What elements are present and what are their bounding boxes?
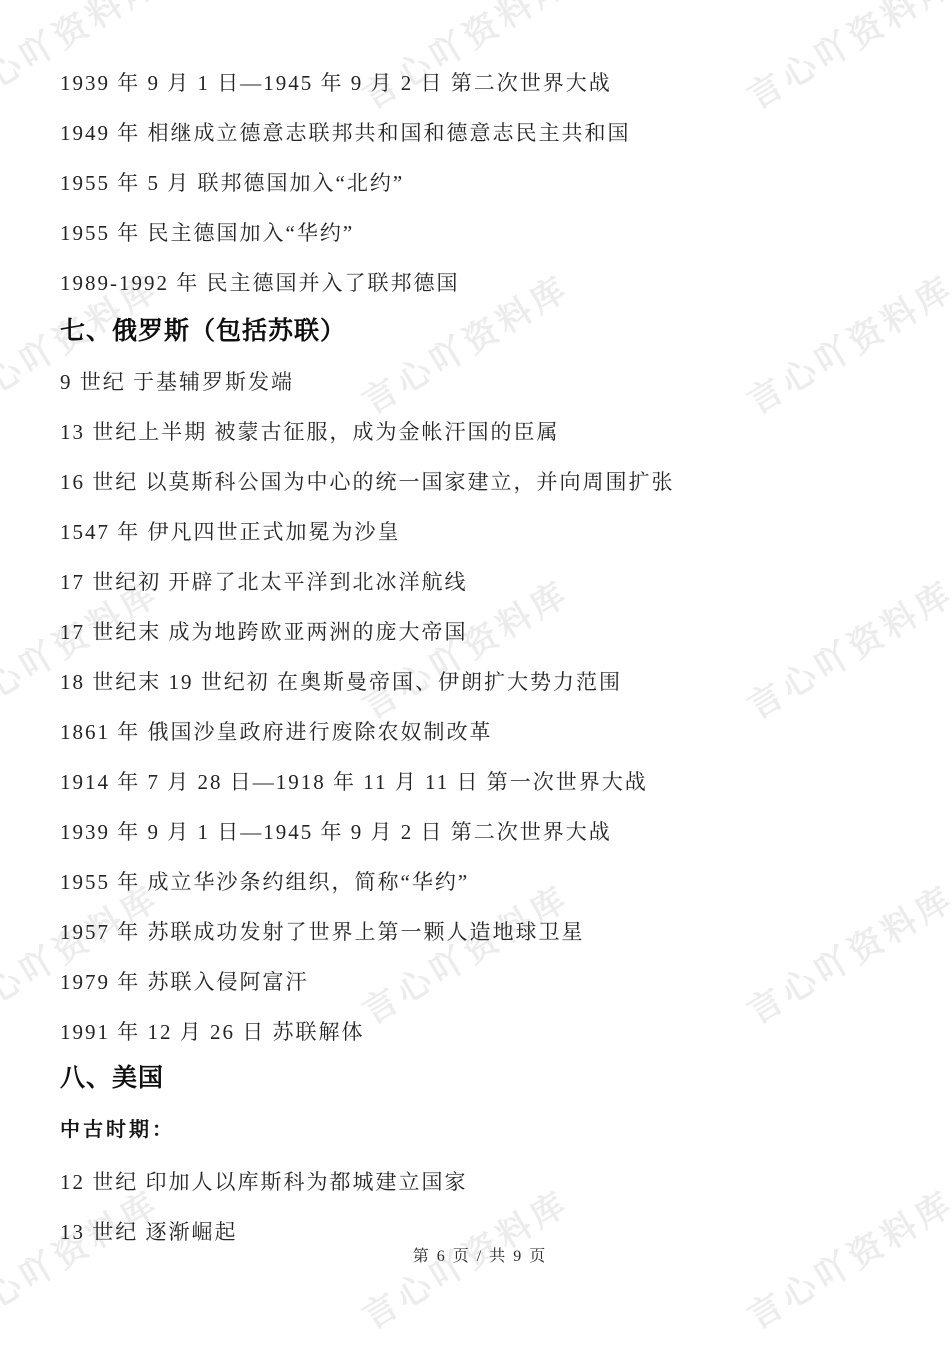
timeline-entry: 1955 年 民主德国加入“华约” — [60, 219, 354, 247]
timeline-entry: 1547 年 伊凡四世正式加冕为沙皇 — [60, 518, 401, 546]
timeline-entry: 16 世纪 以莫斯科公国为中心的统一国家建立，并向周围扩张 — [60, 468, 675, 496]
timeline-entry: 1955 年 5 月 联邦德国加入“北约” — [60, 169, 404, 197]
timeline-entry: 1955 年 成立华沙条约组织，简称“华约” — [60, 868, 469, 896]
timeline-entry: 17 世纪末 成为地跨欧亚两洲的庞大帝国 — [60, 618, 468, 646]
timeline-entry: 1861 年 俄国沙皇政府进行废除农奴制改革 — [60, 718, 493, 746]
timeline-entry: 1979 年 苏联入侵阿富汗 — [60, 968, 309, 996]
timeline-entry: 1949 年 相继成立德意志联邦共和国和德意志民主共和国 — [60, 119, 631, 147]
timeline-entry: 1991 年 12 月 26 日 苏联解体 — [60, 1018, 365, 1046]
section-heading-usa: 八、美国 — [60, 1061, 164, 1095]
page-number-footer: 第 6 页 / 共 9 页 — [60, 1246, 900, 1268]
timeline-entry: 1957 年 苏联成功发射了世界上第一颗人造地球卫星 — [60, 918, 585, 946]
subheading-medieval-period: 中古时期： — [60, 1117, 175, 1143]
document-content: 1939 年 9 月 1 日—1945 年 9 月 2 日 第二次世界大战 19… — [60, 0, 900, 1268]
timeline-entry: 9 世纪 于基辅罗斯发端 — [60, 368, 294, 396]
timeline-entry: 12 世纪 印加人以库斯科为都城建立国家 — [60, 1168, 468, 1196]
timeline-entry: 18 世纪末 19 世纪初 在奥斯曼帝国、伊朗扩大势力范围 — [60, 668, 622, 696]
timeline-entry: 1914 年 7 月 28 日—1918 年 11 月 11 日 第一次世界大战 — [60, 768, 648, 796]
document-page: 言心吖资料库 言心吖资料库 言心吖资料库 言心吖资料库 言心吖资料库 言心吖资料… — [0, 0, 952, 1347]
section-heading-russia: 七、俄罗斯（包括苏联） — [60, 314, 346, 348]
timeline-entry: 17 世纪初 开辟了北太平洋到北冰洋航线 — [60, 568, 468, 596]
timeline-entry: 13 世纪 逐渐崛起 — [60, 1218, 238, 1246]
timeline-entry: 1939 年 9 月 1 日—1945 年 9 月 2 日 第二次世界大战 — [60, 818, 612, 846]
timeline-entry: 1989-1992 年 民主德国并入了联邦德国 — [60, 269, 460, 297]
timeline-entry: 13 世纪上半期 被蒙古征服，成为金帐汗国的臣属 — [60, 418, 560, 446]
timeline-entry: 1939 年 9 月 1 日—1945 年 9 月 2 日 第二次世界大战 — [60, 69, 612, 97]
